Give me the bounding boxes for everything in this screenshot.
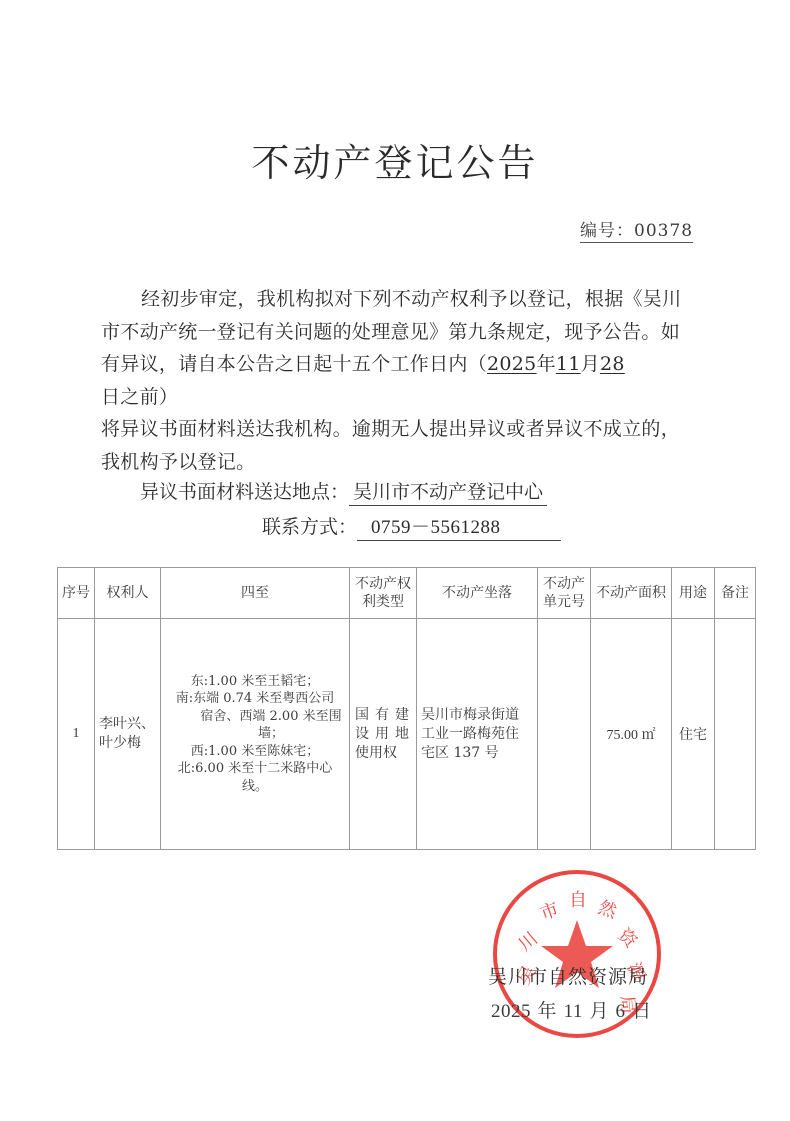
announcement-body: 经初步审定，我机构拟对下列不动产权利予以登记，根据《吴川 市不动产统一登记有关问…: [101, 283, 701, 478]
location-line2: 工业一路梅苑住: [421, 725, 533, 744]
cell-owner: 李叶兴、叶少梅: [95, 619, 161, 850]
body-line-5: 我机构予以登记。: [101, 446, 701, 479]
contact-info: 联系方式：0759－5561288: [262, 512, 561, 541]
table-header-row: 序号 权利人 四至 不动产权利类型 不动产坐落 不动产单元号 不动产面积 用途 …: [58, 568, 756, 619]
boundary-south-line3: 墙；: [161, 725, 349, 743]
document-number-value: 00378: [634, 221, 693, 241]
objection-address: 异议书面材料送达地点：吴川市不动产登记中心: [140, 477, 547, 506]
body-line-3: 有异议，请自本公告之日起十五个工作日内（2025年11月28日之前）: [101, 348, 701, 413]
header-unit-no-line2: 单元号: [538, 593, 590, 611]
objection-address-label: 异议书面材料送达地点：: [140, 481, 349, 503]
objection-address-value: 吴川市不动产登记中心: [349, 477, 547, 506]
header-unit-no: 不动产单元号: [538, 568, 591, 619]
deadline-month: 11: [556, 353, 581, 375]
right-type-line3: 使用权: [355, 744, 411, 763]
right-type-line2: 设用地: [355, 725, 411, 744]
page-title: 不动产登记公告: [0, 132, 790, 187]
boundary-west: 西:1.00 米至陈妹宅；: [161, 743, 349, 761]
cell-unit-no: [538, 619, 591, 850]
svg-text:川: 川: [515, 928, 542, 956]
boundary-south: 南:东端 0.74 米至粤西公司 宿舍、西端 2.00 米至围 墙；: [161, 690, 349, 743]
cell-seq: 1: [58, 619, 95, 850]
header-remarks: 备注: [715, 568, 756, 619]
svg-text:市: 市: [538, 899, 562, 925]
svg-text:资: 资: [613, 925, 641, 953]
issuer-name: 吴川市自然资源局: [488, 962, 648, 989]
cell-area: 75.00 ㎡: [591, 619, 672, 850]
table-row: 1 李叶兴、叶少梅 东:1.00 米至王韬宅； 南:东端 0.74 米至粤西公司…: [58, 619, 756, 850]
header-owner: 权利人: [95, 568, 161, 619]
header-area: 不动产面积: [591, 568, 672, 619]
location-line1: 吴川市梅录街道: [421, 706, 533, 725]
issue-date: 2025 年 11 月 6 日: [491, 996, 652, 1023]
header-unit-no-line1: 不动产: [538, 575, 590, 593]
registration-table: 序号 权利人 四至 不动产权利类型 不动产坐落 不动产单元号 不动产面积 用途 …: [57, 567, 756, 850]
contact-value: 0759－5561288: [357, 512, 561, 541]
cell-boundaries: 东:1.00 米至王韬宅； 南:东端 0.74 米至粤西公司 宿舍、西端 2.0…: [161, 619, 350, 850]
issue-month: 11: [564, 1001, 583, 1022]
deadline-day: 28: [600, 353, 625, 375]
boundary-south-line2: 宿舍、西端 2.00 米至围: [161, 708, 349, 726]
boundary-north-line2: 线。: [161, 778, 349, 796]
document-number-label: 编号：: [580, 221, 634, 241]
issue-year-unit: 年: [538, 1000, 558, 1022]
location-line3: 宅区 137 号: [421, 744, 533, 763]
header-boundaries: 四至: [161, 568, 350, 619]
contact-label: 联系方式：: [262, 516, 357, 538]
deadline-year: 2025: [487, 353, 537, 375]
cell-usage: 住宅: [672, 619, 715, 850]
body-line-4: 将异议书面材料送达我机构。逾期无人提出异议或者异议不成立的，: [101, 413, 701, 446]
issue-day-unit: 日: [632, 1000, 652, 1022]
cell-remarks: [715, 619, 756, 850]
boundary-north: 北:6.00 米至十二米路中心 线。: [161, 760, 349, 795]
boundary-north-line1: 北:6.00 米至十二米路中心: [161, 760, 349, 778]
header-location: 不动产坐落: [417, 568, 538, 619]
boundary-south-line1: 南:东端 0.74 米至粤西公司: [161, 690, 349, 708]
owner-line-2: 叶少梅: [99, 734, 160, 753]
issue-day: 6: [616, 1001, 626, 1022]
cell-right-type: 国有建设用地使用权: [350, 619, 417, 850]
month-unit: 月: [581, 353, 600, 375]
issue-year: 2025: [491, 1001, 531, 1022]
document-number: 编号：00378: [580, 216, 693, 243]
boundary-east: 东:1.00 米至王韬宅；: [161, 673, 349, 691]
header-seq: 序号: [58, 568, 95, 619]
body-line-3-prefix: 有异议，请自本公告之日起十五个工作日内（: [101, 353, 487, 375]
year-unit: 年: [537, 353, 556, 375]
svg-text:自: 自: [569, 890, 587, 911]
body-line-3-suffix: 日之前）: [101, 386, 178, 408]
owner-line-1: 李叶兴、: [99, 715, 160, 734]
cell-location: 吴川市梅录街道工业一路梅苑住宅区 137 号: [417, 619, 538, 850]
body-line-1: 经初步审定，我机构拟对下列不动产权利予以登记，根据《吴川: [101, 283, 701, 316]
svg-text:然: 然: [595, 897, 620, 923]
header-right-type-line2: 利类型: [350, 593, 416, 611]
header-usage: 用途: [672, 568, 715, 619]
body-line-2: 市不动产统一登记有关问题的处理意见》第九条规定，现予公告。如: [101, 316, 701, 349]
header-right-type-line1: 不动产权: [350, 575, 416, 593]
right-type-line1: 国有建: [355, 706, 411, 725]
issue-month-unit: 月: [589, 1000, 609, 1022]
header-right-type: 不动产权利类型: [350, 568, 417, 619]
